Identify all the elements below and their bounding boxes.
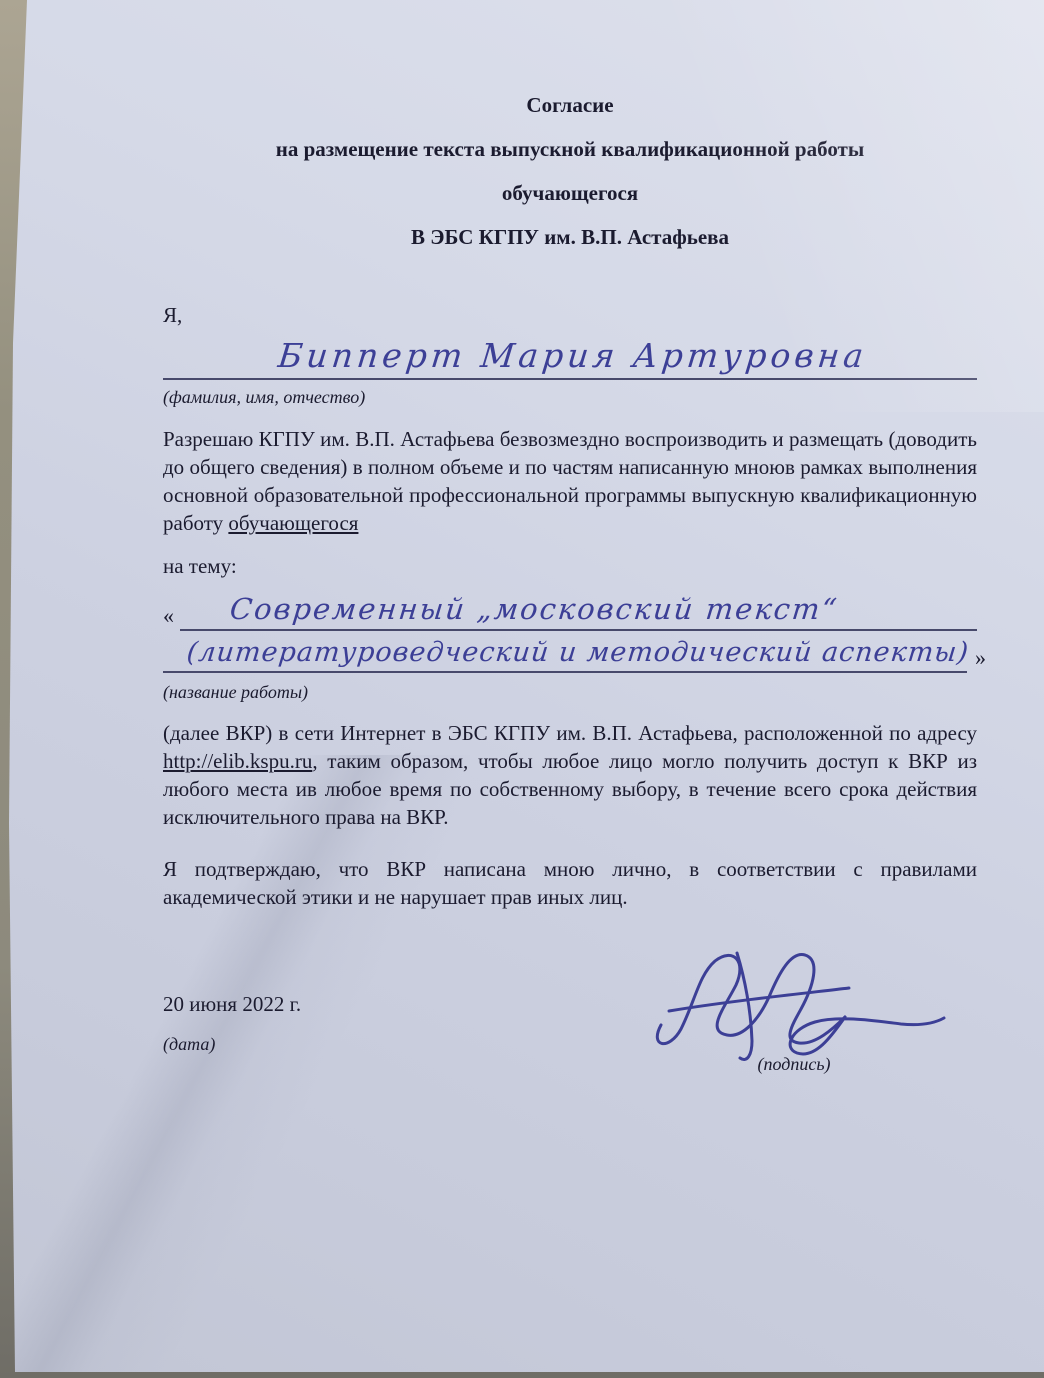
- fio-caption: (фамилия, имя, отчество): [163, 386, 977, 408]
- date-signature-row: 20 июня 2022 г. (дата) (подпись): [163, 991, 977, 1075]
- theme-blank-line-1: Современный „московский текст“: [180, 583, 977, 631]
- document-title: Согласие на размещение текста выпускной …: [163, 92, 977, 250]
- title-line-4: В ЭБС КГПУ им. В.П. Астафьева: [163, 224, 977, 250]
- confirmation-paragraph: Я подтверждаю, что ВКР написана мною лич…: [163, 855, 977, 911]
- elib-url: http://elib.kspu.ru: [163, 749, 312, 773]
- permission-underlined-word: обучающегося: [228, 511, 358, 535]
- fio-handwritten-name: Бипперт Мария Артуровна: [276, 334, 869, 378]
- theme-blank-line-2: (литературоведческий и методический аспе…: [163, 631, 967, 673]
- theme-line-1: « Современный „московский текст“: [163, 583, 977, 631]
- fio-blank-line: Бипперт Мария Артуровна: [163, 330, 977, 380]
- theme-label: на тему:: [163, 553, 977, 579]
- permission-paragraph: Разрешаю КГПУ им. В.П. Астафьева безвозм…: [163, 425, 977, 537]
- title-line-1: Согласие: [163, 92, 977, 118]
- date-block: 20 июня 2022 г. (дата): [163, 991, 301, 1055]
- signature-caption: (подпись): [639, 1053, 949, 1075]
- date-value: 20 июня 2022 г.: [163, 991, 301, 1017]
- theme-close-quote: »: [967, 645, 986, 673]
- theme-handwriting-1: Современный „московский текст“: [180, 589, 840, 629]
- theme-open-quote: «: [163, 603, 180, 631]
- theme-caption: (название работы): [163, 681, 977, 703]
- date-caption: (дата): [163, 1033, 301, 1055]
- photo-background: { "document": { "title_lines": [ "Соглас…: [0, 0, 1044, 1378]
- title-line-2: на размещение текста выпускной квалифика…: [163, 136, 977, 162]
- signature-ink: [639, 945, 949, 1065]
- theme-handwriting-2: (литературоведческий и методический аспе…: [163, 635, 971, 671]
- title-line-3: обучающегося: [163, 180, 977, 206]
- signature-block: (подпись): [639, 991, 949, 1075]
- vkr-text-before-link: (далее ВКР) в сети Интернет в ЭБС КГПУ и…: [163, 721, 977, 745]
- document-content: Согласие на размещение текста выпускной …: [0, 0, 1044, 1075]
- theme-line-2: (литературоведческий и методический аспе…: [163, 631, 977, 673]
- vkr-paragraph: (далее ВКР) в сети Интернет в ЭБС КГПУ и…: [163, 719, 977, 831]
- pronoun-label: Я,: [163, 302, 977, 328]
- document-paper: Согласие на размещение текста выпускной …: [0, 0, 1044, 1372]
